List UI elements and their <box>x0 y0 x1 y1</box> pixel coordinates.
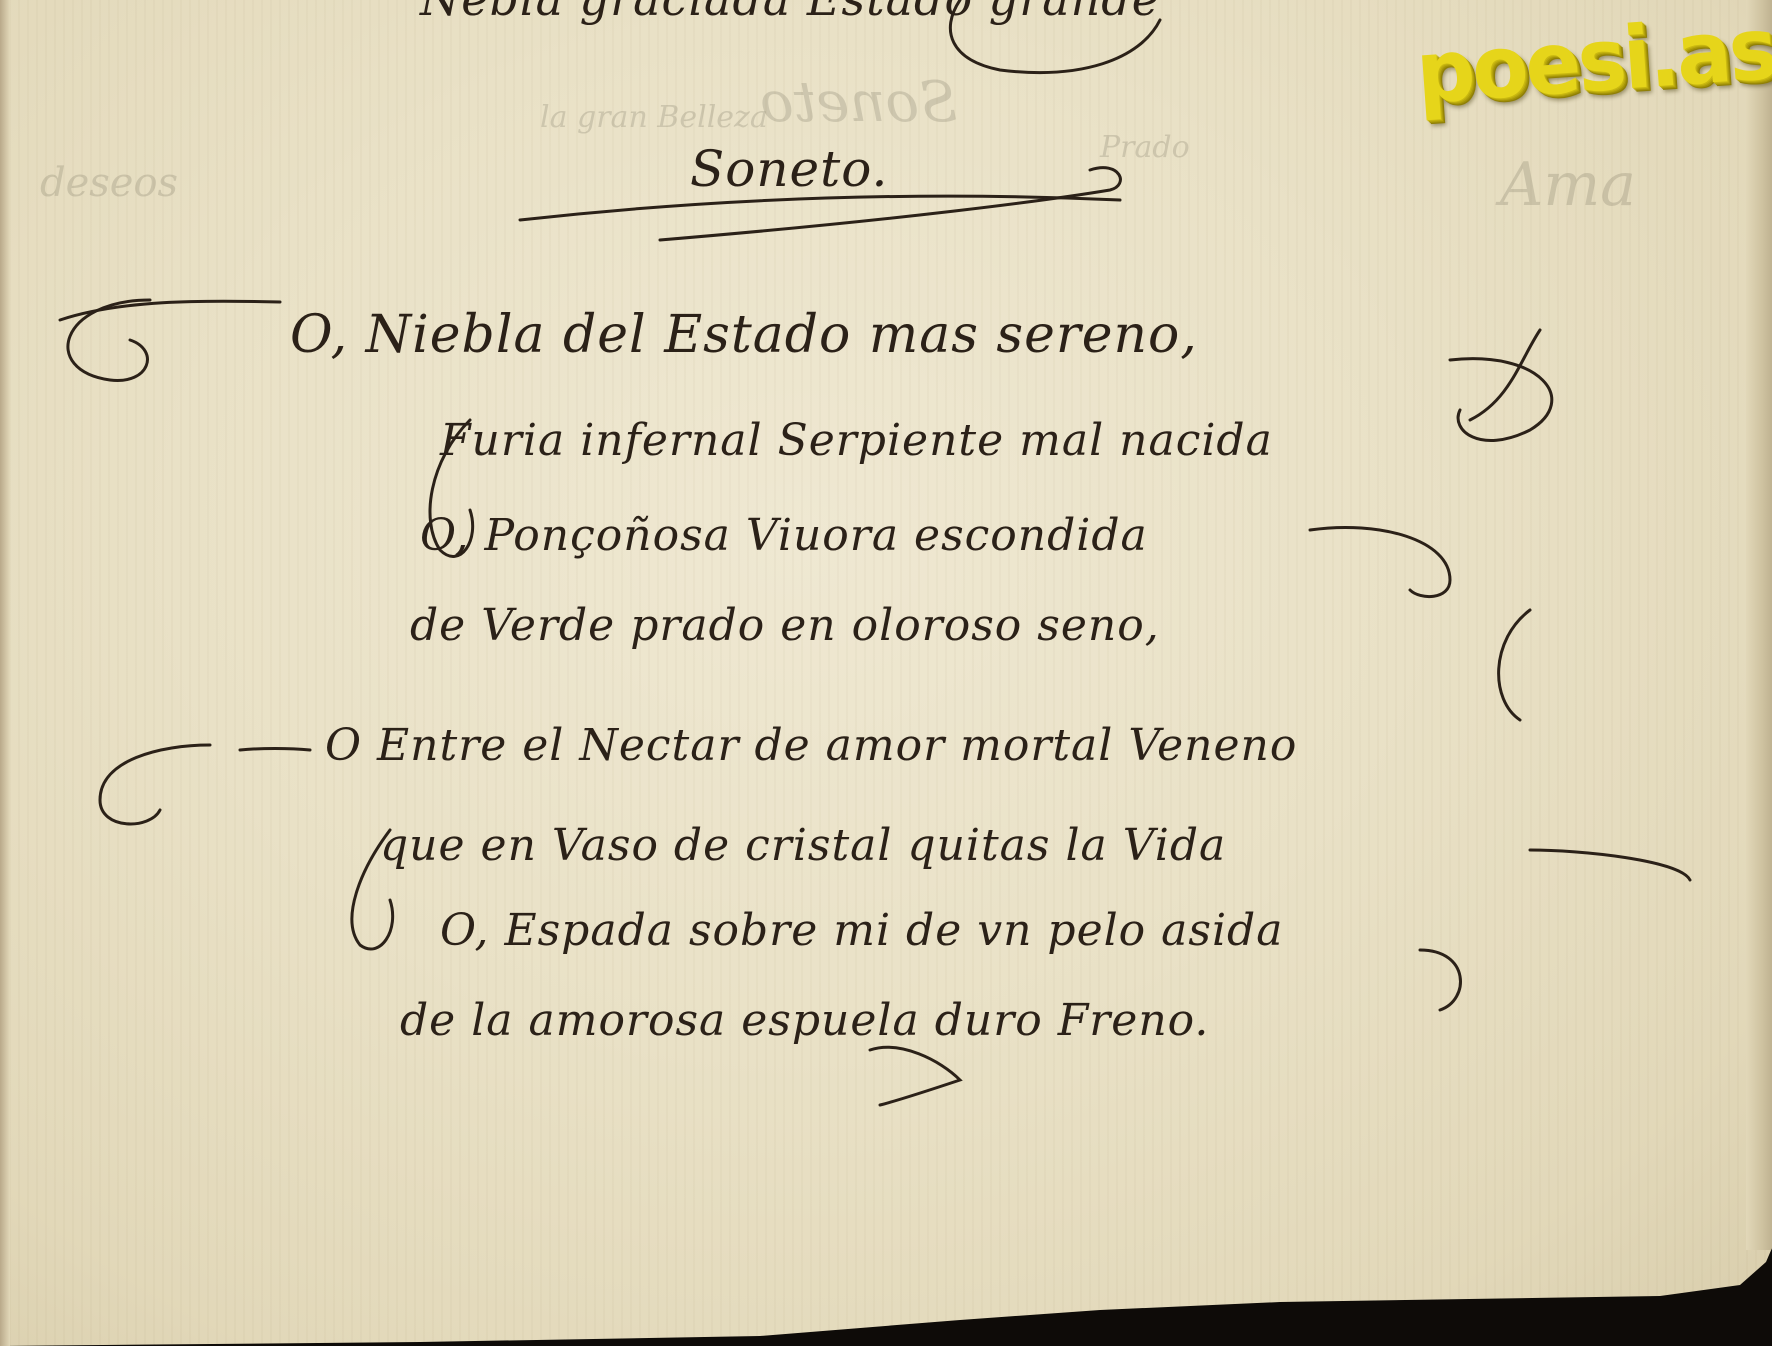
bleed-through-text: la gran Belleza <box>540 100 768 135</box>
page-binding-edge <box>0 0 10 1346</box>
page-right-edge <box>1746 0 1772 1250</box>
poem-line: Furia infernal Serpiente mal nacida <box>440 415 1273 466</box>
bleed-through-text: Soneto <box>760 70 958 135</box>
bleed-through-text: deseos <box>40 160 178 206</box>
poem-title: Soneto. <box>690 140 888 198</box>
poem-line: O, Ponçoñosa Viuora escondida <box>420 510 1148 561</box>
bleed-through-text: Prado <box>1100 130 1190 165</box>
cut-off-line: Nebla graciada Estado grande <box>420 0 1160 26</box>
poem-line: O Entre el Nectar de amor mortal Veneno <box>325 720 1297 771</box>
poem-line: que en Vaso de cristal quitas la Vida <box>380 820 1226 871</box>
poem-line: O, Espada sobre mi de vn pelo asida <box>440 905 1283 956</box>
poem-line: O, Niebla del Estado mas sereno, <box>290 305 1198 365</box>
bleed-through-text: Ama <box>1500 150 1636 220</box>
poem-line: de Verde prado en oloroso seno, <box>410 600 1160 651</box>
poem-line: de la amorosa espuela duro Freno. <box>400 995 1209 1046</box>
manuscript-page: Soneto la gran Belleza Prado deseos Ama … <box>0 0 1772 1346</box>
